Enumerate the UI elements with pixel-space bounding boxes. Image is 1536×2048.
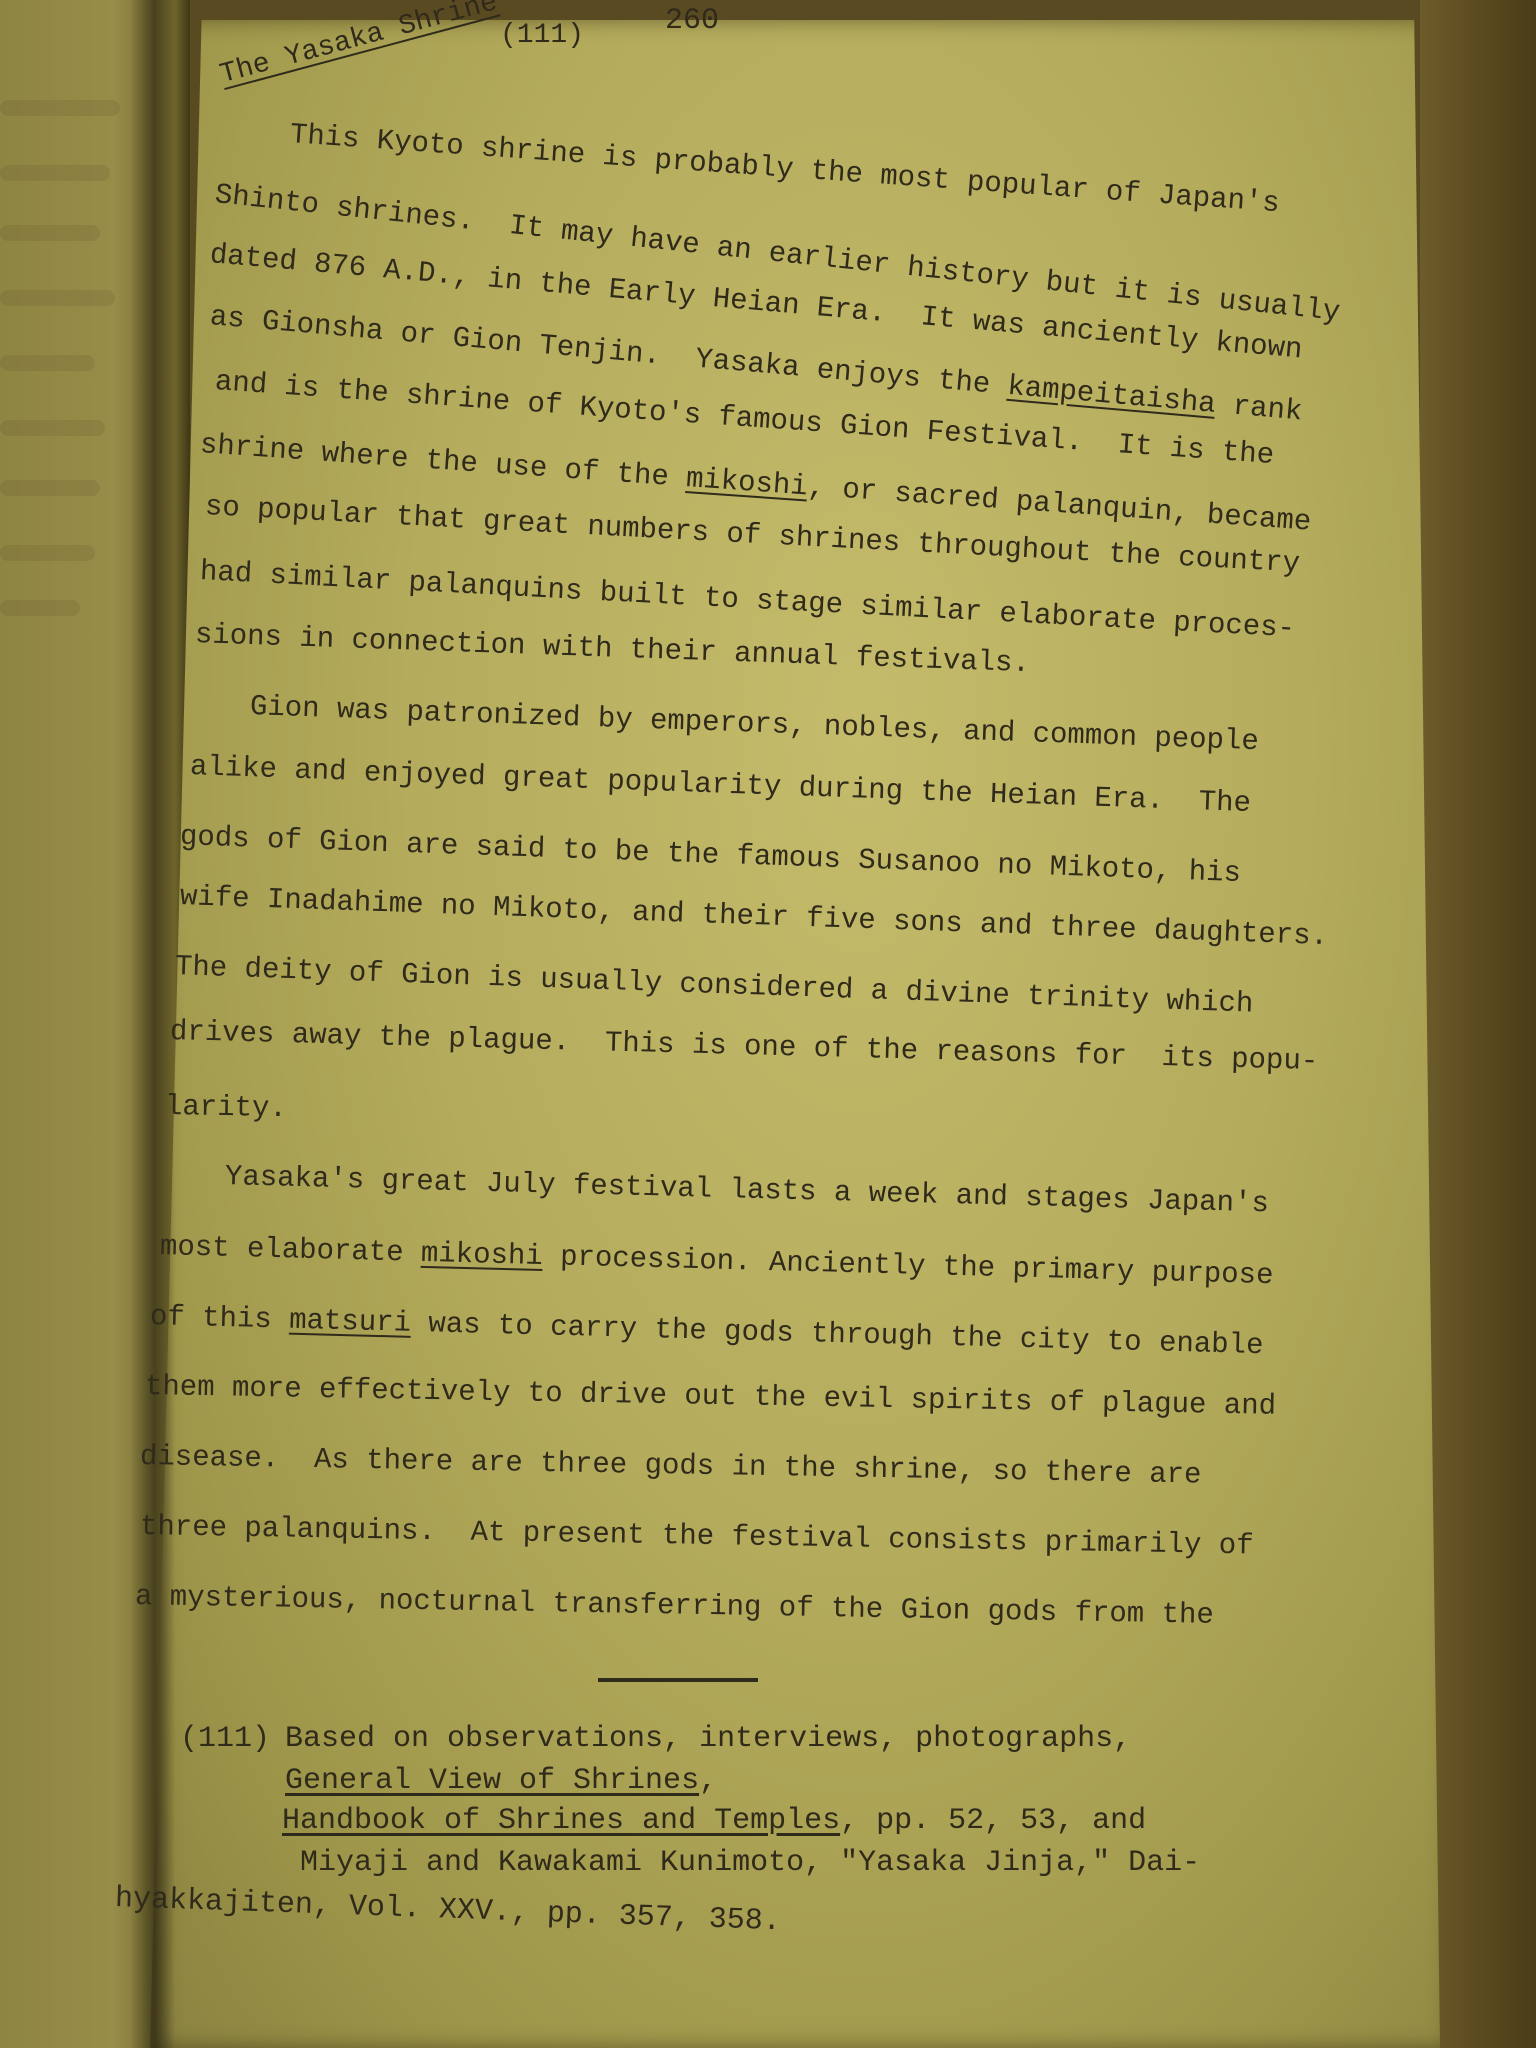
footnote-line: Based on observations, interviews, photo… (285, 1722, 1131, 1756)
footnote-separator (598, 1678, 758, 1682)
page-number: 260 (665, 4, 719, 38)
bleed-through-text (0, 165, 110, 181)
cited-title: Handbook of Shrines and Temples (282, 1804, 840, 1838)
bleed-through-text (0, 480, 100, 496)
gutter-shadow (130, 0, 175, 2048)
bleed-through-text (0, 100, 120, 116)
footnote-reference: (111) (500, 20, 584, 51)
underlined-term: matsuri (289, 1304, 412, 1340)
book-edge (1420, 0, 1536, 2048)
bleed-through-text (0, 600, 80, 616)
cited-title: General View of Shrines (285, 1764, 699, 1798)
bleed-through-text (0, 545, 95, 561)
footnote-line: General View of Shrines, (285, 1764, 717, 1798)
underlined-term: mikoshi (421, 1237, 544, 1273)
bleed-through-text (0, 355, 95, 371)
footnote-line: Handbook of Shrines and Temples, pp. 52,… (282, 1804, 1146, 1838)
footnote-line: Miyaji and Kawakami Kunimoto, "Yasaka Ji… (300, 1846, 1200, 1880)
footnote-marker: (111) (180, 1722, 270, 1756)
bleed-through-text (0, 420, 105, 436)
bleed-through-text (0, 225, 100, 241)
text-line: larity. (165, 1090, 287, 1125)
bleed-through-text (0, 290, 115, 306)
